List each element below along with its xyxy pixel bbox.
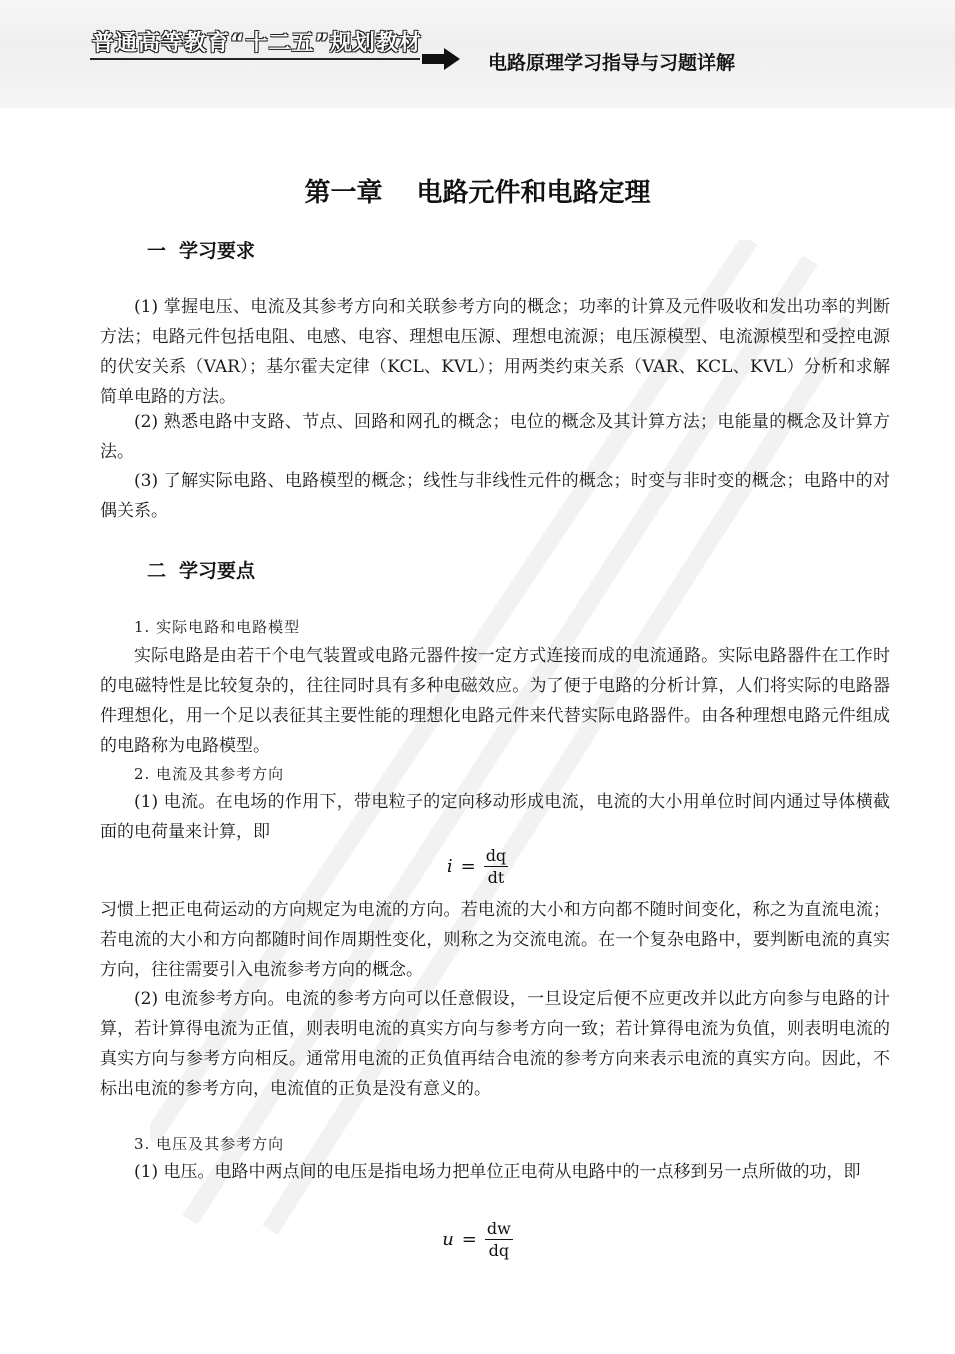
series-label: 普通高等教育“十二五”规划教材 — [92, 26, 422, 57]
paragraph: (3) 了解实际电路、电路模型的概念；线性与非线性元件的概念；时变与非时变的概念… — [100, 466, 890, 526]
formula-lhs: u — [442, 1229, 454, 1250]
book-title: 电路原理学习指导与习题详解 — [488, 48, 735, 75]
section-number: 一 — [147, 236, 179, 263]
section-title: 学习要求 — [179, 240, 255, 262]
formula-fraction: dqdt — [484, 846, 508, 887]
paragraph: (1) 掌握电压、电流及其参考方向和关联参考方向的概念；功率的计算及元件吸收和发… — [100, 292, 890, 412]
header-rule — [90, 58, 420, 60]
formula-voltage: u=dwdq — [0, 1219, 955, 1260]
topic-heading: 3. 电压及其参考方向 — [134, 1133, 284, 1154]
formula-lhs: i — [447, 856, 453, 877]
formula-denominator: dt — [484, 867, 508, 887]
chapter-number: 第一章 — [304, 178, 382, 208]
paragraph: (2) 熟悉电路中支路、节点、回路和网孔的概念；电位的概念及其计算方法；电能量的… — [100, 407, 890, 467]
formula-numerator: dq — [484, 846, 508, 867]
section-number: 二 — [147, 556, 179, 583]
chapter-title: 第一章电路元件和电路定理 — [0, 172, 955, 209]
formula-current: i=dqdt — [0, 846, 955, 887]
paragraph: (2) 电流参考方向。电流的参考方向可以任意假设，一旦设定后便不应更改并以此方向… — [100, 984, 890, 1104]
paragraph: 实际电路是由若干个电气装置或电路元器件按一定方式连接而成的电流通路。实际电路器件… — [100, 641, 890, 761]
chapter-name: 电路元件和电路定理 — [417, 178, 651, 208]
paragraph: 习惯上把正电荷运动的方向规定为电流的方向。若电流的大小和方向都不随时间变化，称之… — [100, 895, 890, 985]
paragraph: (1) 电流。在电场的作用下，带电粒子的定向移动形成电流，电流的大小用单位时间内… — [100, 787, 890, 847]
section-heading-key-points: 二学习要点 — [147, 556, 255, 583]
formula-numerator: dw — [485, 1219, 513, 1240]
section-heading-requirements: 一学习要求 — [147, 236, 255, 263]
formula-denominator: dq — [485, 1240, 513, 1260]
formula-equals: = — [461, 856, 476, 877]
topic-heading: 1. 实际电路和电路模型 — [134, 616, 300, 637]
formula-equals: = — [462, 1229, 477, 1250]
formula-fraction: dwdq — [485, 1219, 513, 1260]
topic-heading: 2. 电流及其参考方向 — [134, 763, 284, 784]
right-arrow-icon — [422, 48, 462, 70]
paragraph: (1) 电压。电路中两点间的电压是指电场力把单位正电荷从电路中的一点移到另一点所… — [100, 1157, 890, 1187]
section-title: 学习要点 — [179, 560, 255, 582]
running-header: 普通高等教育“十二五”规划教材 电路原理学习指导与习题详解 — [0, 0, 955, 108]
